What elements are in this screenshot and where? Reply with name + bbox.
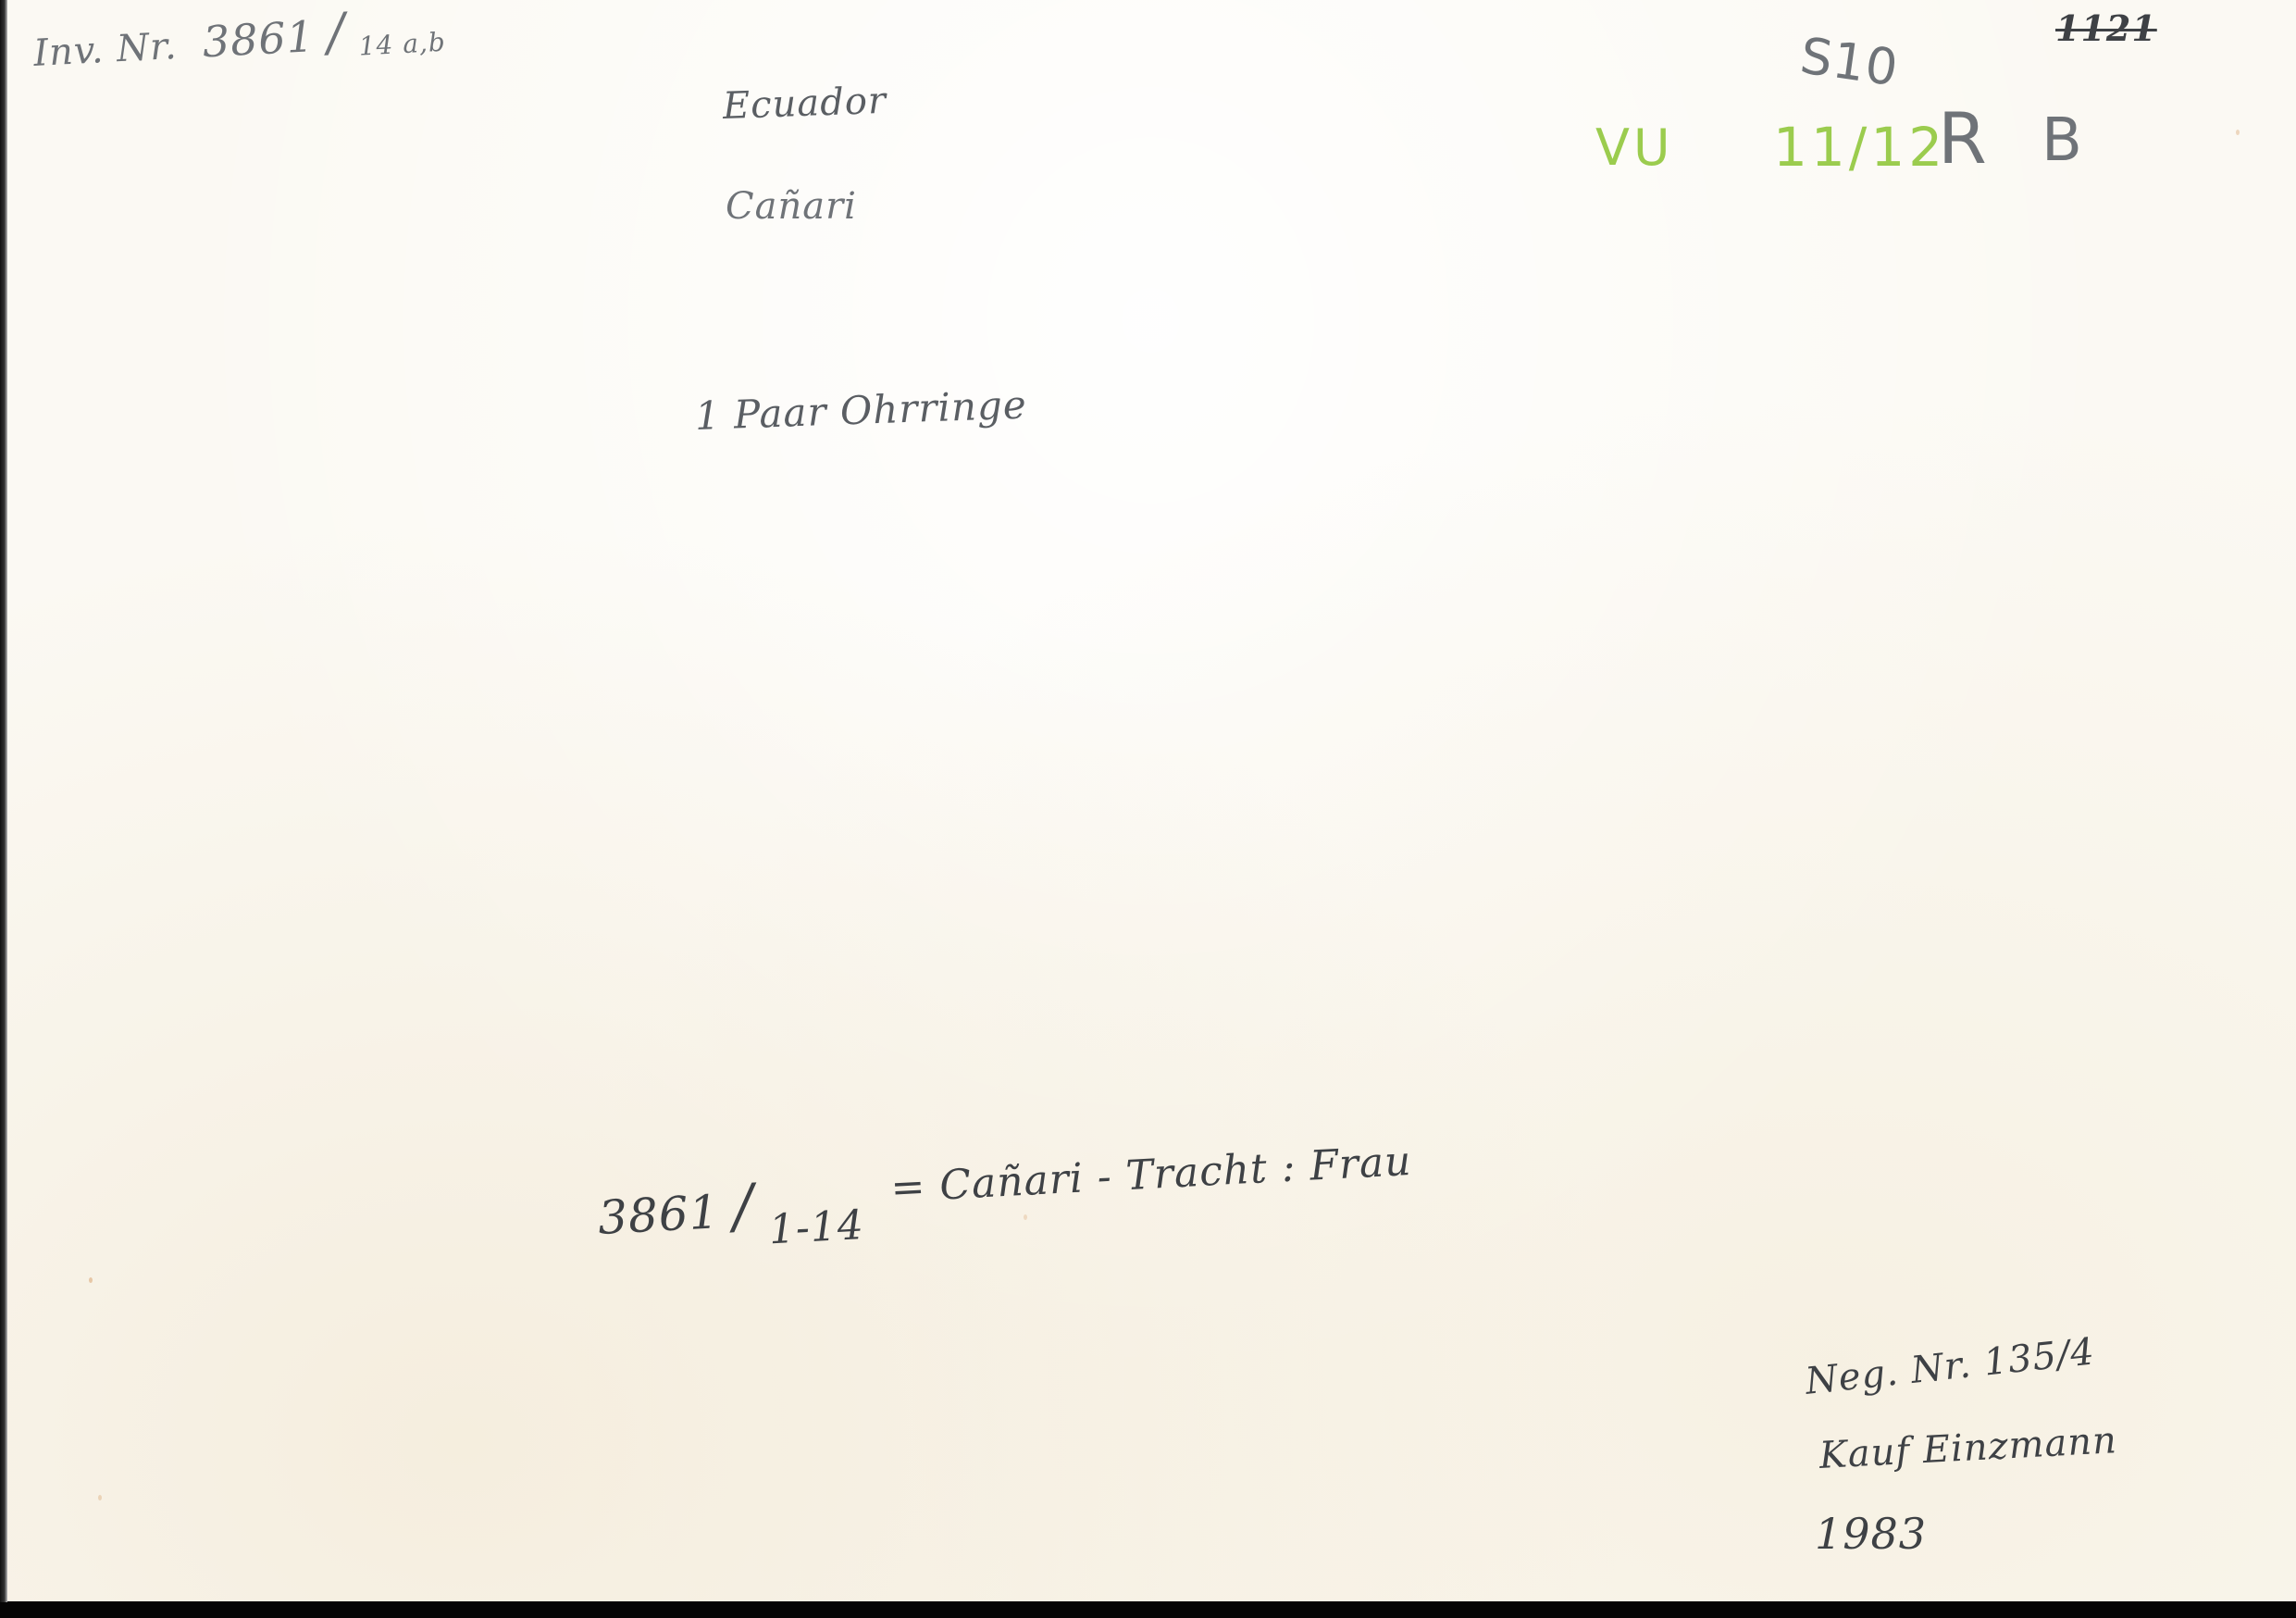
code-r: R (1938, 97, 1988, 180)
series-description: = Cañari - Tracht : Frau (889, 1138, 1412, 1212)
inventory-sub: 14 a,b (358, 27, 447, 62)
scanned-card: Inv. Nr. 3861 / 14 a,b Ecuador Cañari 1 … (0, 0, 2296, 1618)
paper-speck (98, 1495, 102, 1500)
series-note: 3861 / 1-14 = Cañari - Tracht : Frau (596, 1138, 1414, 1249)
object-description: 1 Paar Ohrringe (694, 381, 1027, 438)
negative-number: Neg. Nr. 135/4 (1804, 1330, 2097, 1403)
series-range: 1-14 (768, 1201, 865, 1253)
country-label: Ecuador (722, 80, 887, 128)
people-label: Cañari (726, 185, 857, 228)
inventory-number: Inv. Nr. 3861 / 14 a,b (31, 0, 446, 79)
paper-speck (89, 1277, 93, 1283)
acquisition-year: 1983 (1815, 1509, 1927, 1559)
series-slash: / (731, 1172, 755, 1241)
scan-left-edge (0, 0, 7, 1618)
green-code-vu: VU (1595, 118, 1673, 177)
inventory-label: Inv. Nr. (32, 25, 178, 75)
crossed-out-number: 1121 (2055, 7, 2157, 49)
shelf-code: S10 (1797, 26, 1903, 97)
green-code-number: 11/12 (1773, 116, 1946, 179)
inventory-value: 3861 (201, 11, 316, 67)
scan-bottom-edge (0, 1602, 2296, 1618)
acquisition-note: Kauf Einzmann (1818, 1419, 2118, 1477)
inventory-slash: / (326, 2, 347, 63)
code-b: B (2042, 106, 2083, 175)
paper-speck (1024, 1214, 1027, 1220)
paper-sheet: Inv. Nr. 3861 / 14 a,b Ecuador Cañari 1 … (6, 0, 2296, 1601)
series-number: 3861 (597, 1185, 721, 1245)
paper-speck (2236, 130, 2240, 135)
